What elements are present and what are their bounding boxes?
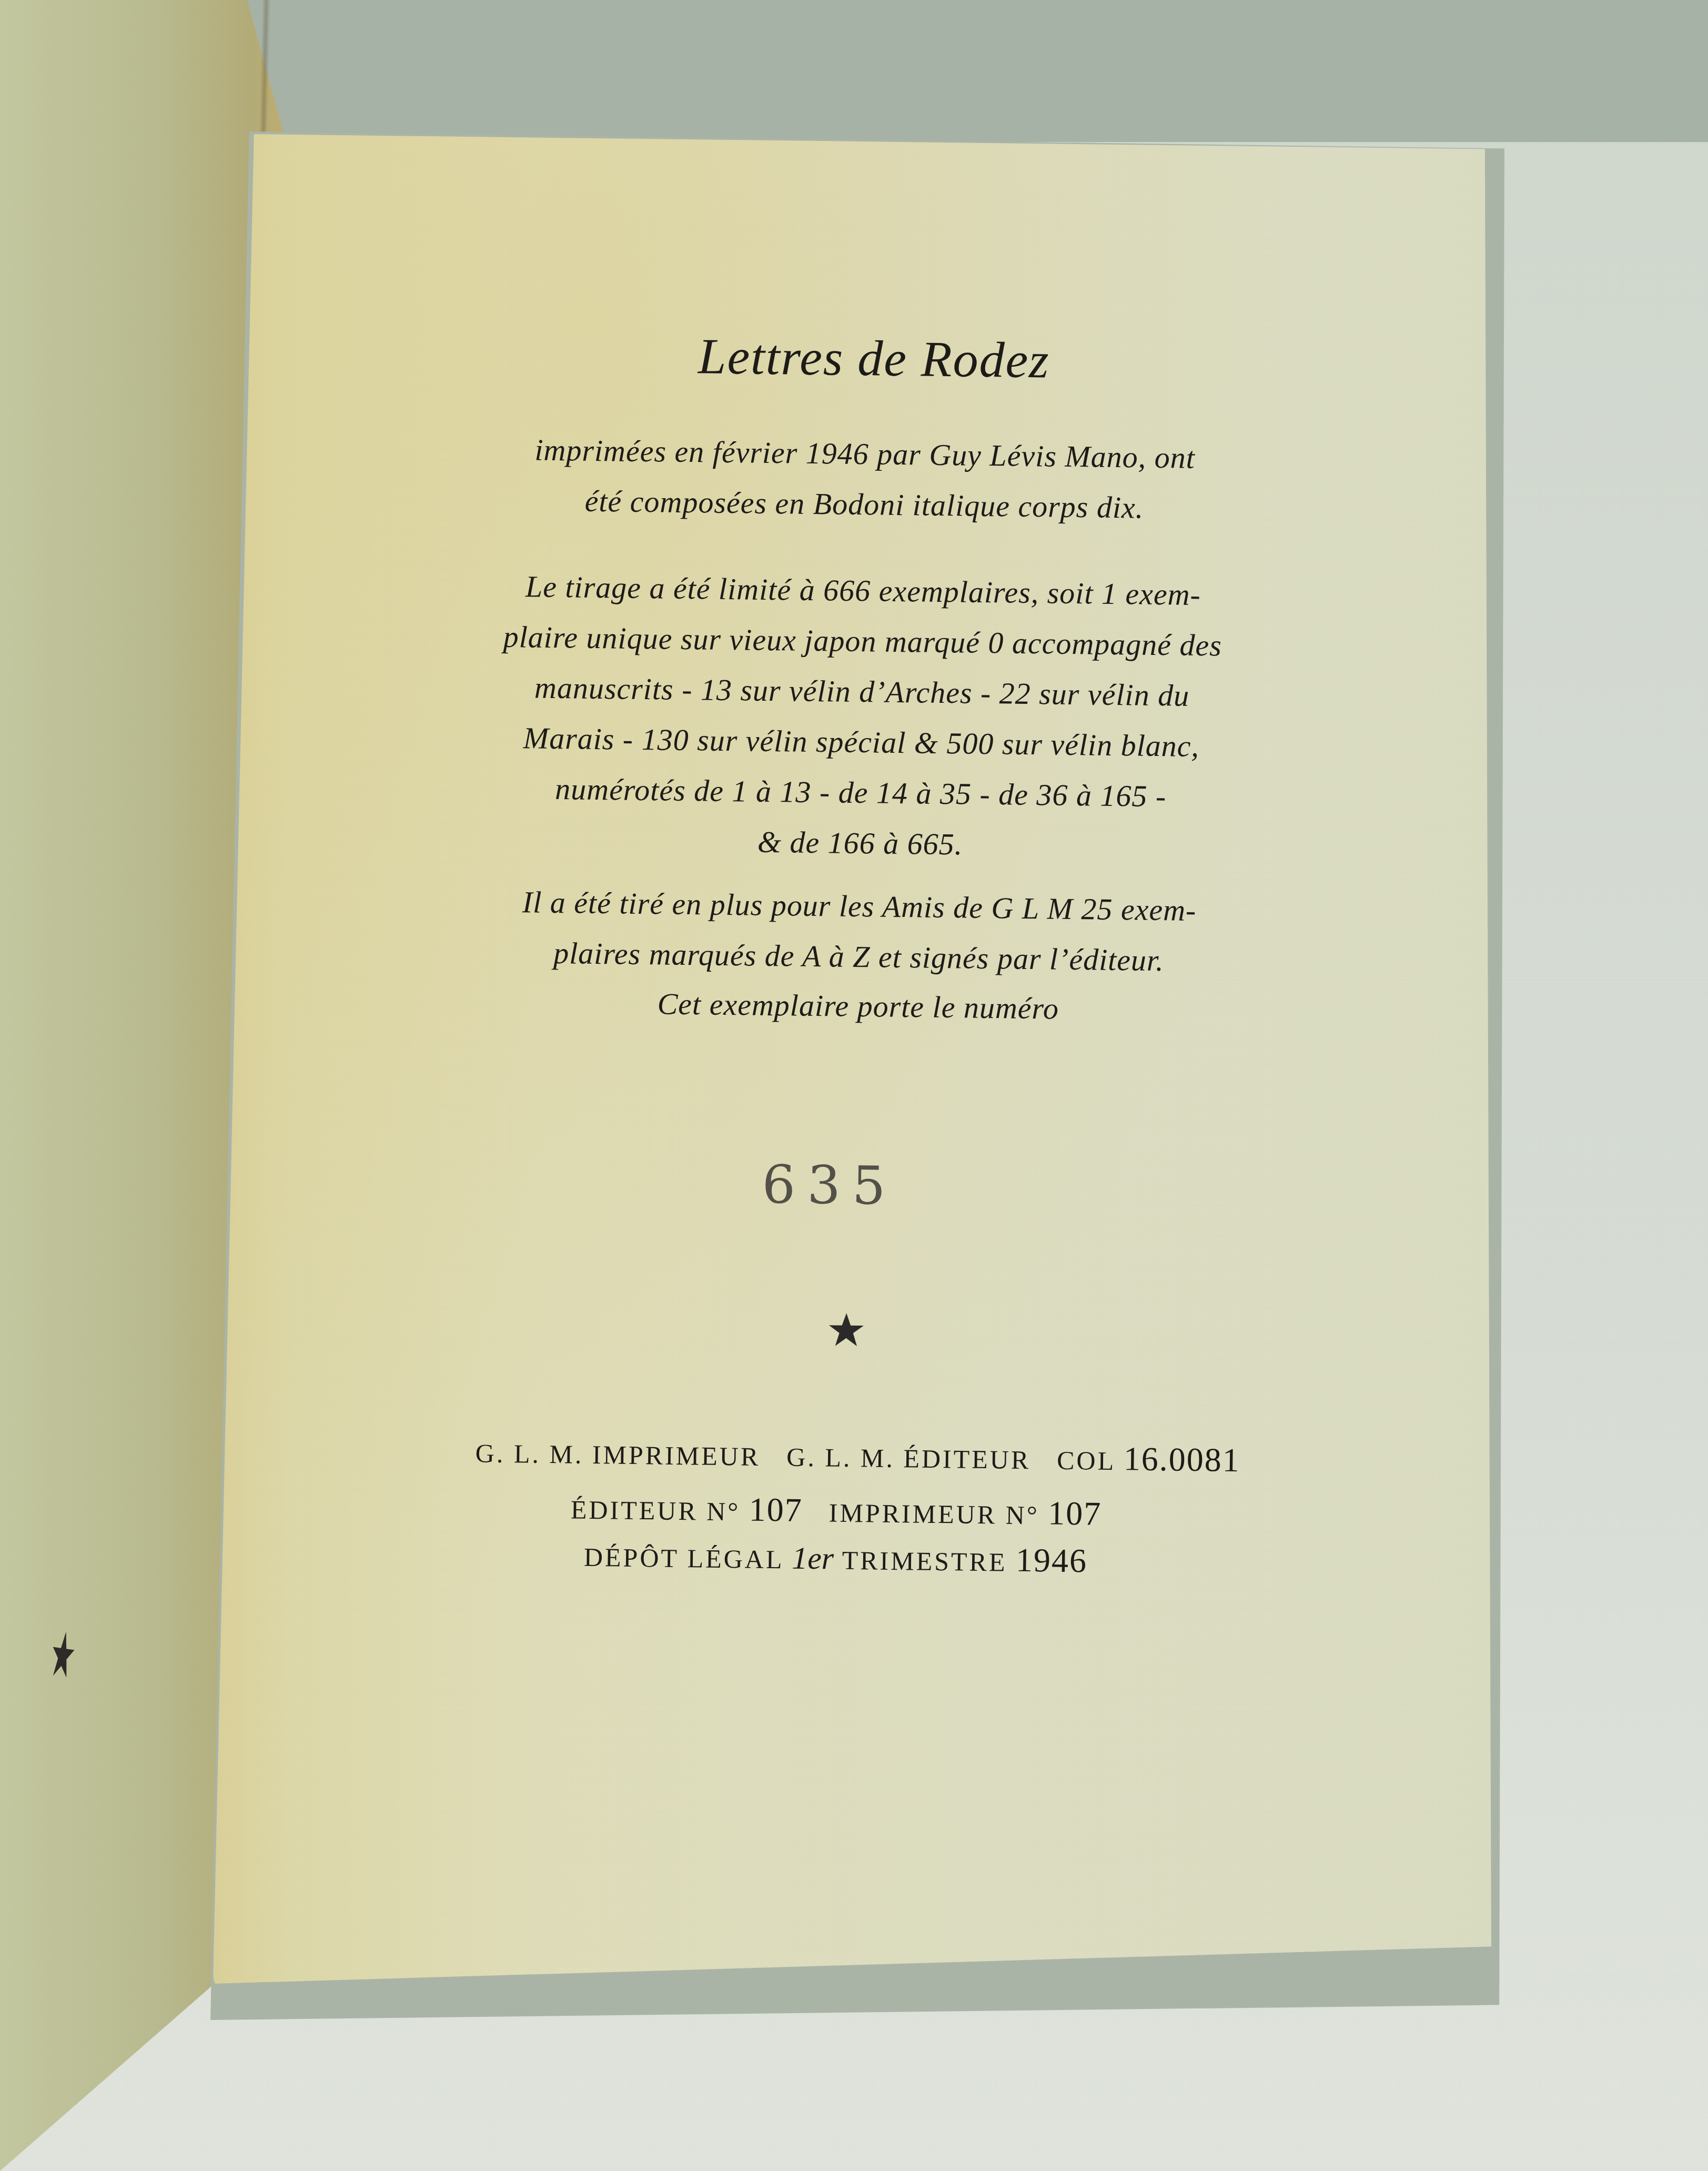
colophon-line-imprint: G. L. M. IMPRIMEURG. L. M. ÉDITEURCOL 16… [219, 1428, 1498, 1483]
col-label: COL [1057, 1446, 1115, 1476]
colophon-page: Lettres de Rodez imprimées en février 19… [213, 134, 1491, 1991]
printing-paragraph: imprimées en février 1946 par Guy Lévis … [225, 421, 1504, 538]
printer-number-label: IMPRIMEUR N° [828, 1498, 1039, 1530]
legal-deposit-year: 1946 [1016, 1541, 1088, 1580]
publisher-number: 107 [749, 1491, 803, 1529]
publisher-label: G. L. M. ÉDITEUR [786, 1442, 1031, 1475]
print-run-paragraph: Le tirage a été limité à 666 exemplaires… [221, 558, 1503, 876]
legal-deposit-ordinal: 1er [792, 1541, 834, 1576]
book-cover-top [247, 0, 1708, 142]
page-content: Lettres de Rodez imprimées en février 19… [202, 126, 1503, 1998]
legal-deposit-label: DÉPÔT LÉGAL [584, 1542, 783, 1574]
colophon-line-numbers: ÉDITEUR N° 107IMPRIMEUR N° 107 [197, 1483, 1475, 1538]
book-title: Lettres de Rodez [235, 321, 1513, 396]
copy-number-stamp: 635 [190, 1147, 1469, 1224]
printer-number: 107 [1048, 1495, 1102, 1532]
col-value: 16.0081 [1123, 1440, 1240, 1479]
trimestre-label: TRIMESTRE [842, 1546, 1007, 1577]
publisher-number-label: ÉDITEUR N° [571, 1495, 741, 1527]
friends-edition-paragraph: Il a été tiré en plus pour les Amis de G… [219, 873, 1499, 990]
printer-label: G. L. M. IMPRIMEUR [475, 1438, 760, 1471]
colophon-line-legal-deposit: DÉPÔT LÉGAL 1er TRIMESTRE 1946 [196, 1531, 1475, 1586]
star-icon [827, 1312, 865, 1347]
